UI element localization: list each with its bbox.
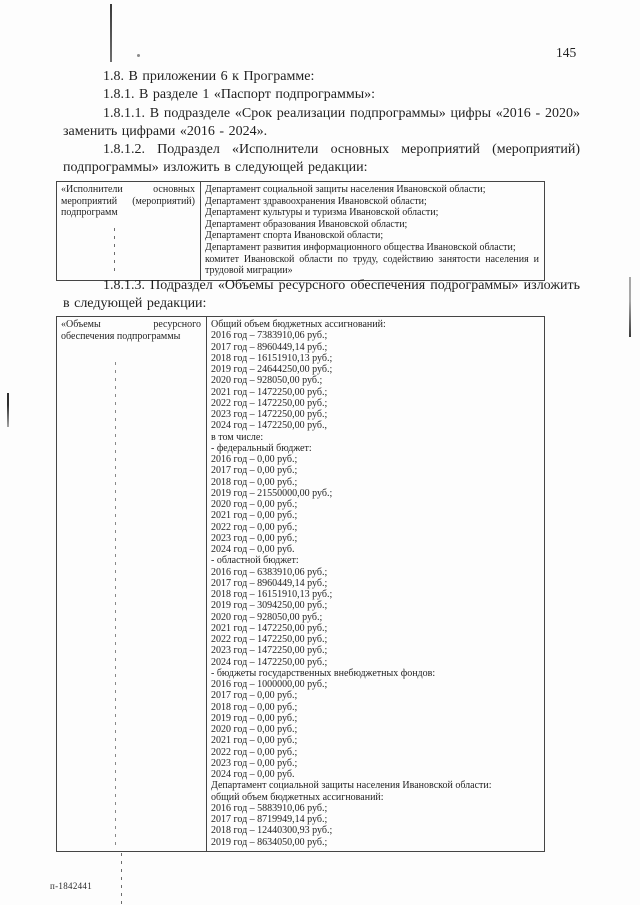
budget-line: 2019 год – 0,00 руб.; xyxy=(211,713,539,724)
resources-heading-block: 1.8.1.3. Подраздел «Объемы ресурсного об… xyxy=(63,277,580,314)
budget-line: 2022 год – 1472250,00 руб.; xyxy=(211,398,539,409)
paragraph-1-8-1: 1.8.1. В разделе 1 «Паспорт подпрограммы… xyxy=(63,86,580,104)
budget-line: 2023 год – 0,00 руб.; xyxy=(211,533,539,544)
executor-line: Департамент социальной защиты населения … xyxy=(205,184,539,196)
resources-table-header-cell: «Объемы ресурсного обеспечения подпрогра… xyxy=(57,317,207,852)
executor-line: Департамент культуры и туризма Ивановско… xyxy=(205,207,539,219)
budget-line: 2019 год – 8634050,00 руб.; xyxy=(211,837,539,848)
budget-line: 2020 год – 928050,00 руб.; xyxy=(211,612,539,623)
executors-line-list: Департамент социальной защиты населения … xyxy=(205,184,539,277)
budget-line: 2021 год – 1472250,00 руб.; xyxy=(211,623,539,634)
budget-line: 2016 год – 5883910,06 руб.; xyxy=(211,803,539,814)
budget-line: - областной бюджет: xyxy=(211,555,539,566)
budget-line: 2016 год – 1000000,00 руб.; xyxy=(211,679,539,690)
budget-line: 2020 год – 928050,00 руб.; xyxy=(211,375,539,386)
budget-line: 2024 год – 0,00 руб. xyxy=(211,544,539,555)
scan-ink-dot xyxy=(137,54,140,57)
executors-table: «Исполнители основных мероприятий (мероп… xyxy=(56,181,545,281)
budget-line: 2022 год – 1472250,00 руб.; xyxy=(211,634,539,645)
budget-line: 2020 год – 0,00 руб.; xyxy=(211,724,539,735)
document-page: 145 1.8. В приложении 6 к Программе: 1.8… xyxy=(0,0,640,905)
budget-line: - федеральный бюджет: xyxy=(211,443,539,454)
budget-line: 2024 год – 1472250,00 руб., xyxy=(211,420,539,431)
executor-line: Департамент развития информационного общ… xyxy=(205,242,539,254)
paragraph-1-8-1-2: 1.8.1.2. Подраздел «Исполнители основных… xyxy=(63,141,580,178)
scan-edge-mark-right xyxy=(629,277,631,337)
resources-table-content-cell: Общий объем бюджетных ассигнований:2016 … xyxy=(207,317,545,852)
paragraph-1-8-1-1: 1.8.1.1. В подразделе «Срок реализации п… xyxy=(63,105,580,142)
budget-line: 2018 год – 0,00 руб.; xyxy=(211,702,539,713)
budget-line: 2018 год – 16151910,13 руб.; xyxy=(211,589,539,600)
budget-line: 2022 год – 0,00 руб.; xyxy=(211,522,539,533)
executors-table-row: «Исполнители основных мероприятий (мероп… xyxy=(57,182,545,281)
budget-line: 2017 год – 0,00 руб.; xyxy=(211,465,539,476)
executor-line: Департамент здравоохранения Ивановской о… xyxy=(205,196,539,208)
budget-line: 2016 год – 6383910,06 руб.; xyxy=(211,567,539,578)
budget-line: - бюджеты государственных внебюджетных ф… xyxy=(211,668,539,679)
budget-line: Общий объем бюджетных ассигнований: xyxy=(211,319,539,330)
intro-text-block: 1.8. В приложении 6 к Программе: 1.8.1. … xyxy=(63,68,580,178)
budget-line: 2020 год – 0,00 руб.; xyxy=(211,499,539,510)
scan-fold-mark-top xyxy=(110,4,112,62)
budget-line: в том числе: xyxy=(211,432,539,443)
paragraph-1-8: 1.8. В приложении 6 к Программе: xyxy=(63,68,580,86)
executor-line: комитет Ивановской области по труду, сод… xyxy=(205,254,539,277)
budget-line: 2021 год – 0,00 руб.; xyxy=(211,510,539,521)
page-number: 145 xyxy=(556,45,576,61)
budget-line: 2018 год – 12440300,93 руб.; xyxy=(211,825,539,836)
budget-line: 2021 год – 1472250,00 руб.; xyxy=(211,387,539,398)
scan-fold-dots-lower xyxy=(121,853,122,905)
budget-line: 2019 год – 24644250,00 руб.; xyxy=(211,364,539,375)
budget-line: 2023 год – 0,00 руб.; xyxy=(211,758,539,769)
budget-line: 2017 год – 8719949,14 руб.; xyxy=(211,814,539,825)
budget-line: 2017 год – 8960449,14 руб.; xyxy=(211,578,539,589)
budget-line: 2024 год – 0,00 руб. xyxy=(211,769,539,780)
resources-table: «Объемы ресурсного обеспечения подпрогра… xyxy=(56,316,545,852)
budget-line: 2019 год – 21550000,00 руб.; xyxy=(211,488,539,499)
budget-line: 2023 год – 1472250,00 руб.; xyxy=(211,409,539,420)
budget-line: 2022 год – 0,00 руб.; xyxy=(211,747,539,758)
resources-line-list: Общий объем бюджетных ассигнований:2016 … xyxy=(211,319,539,848)
paragraph-1-8-1-3: 1.8.1.3. Подраздел «Объемы ресурсного об… xyxy=(63,277,580,314)
budget-line: 2021 год – 0,00 руб.; xyxy=(211,735,539,746)
budget-line: 2017 год – 8960449,14 руб.; xyxy=(211,342,539,353)
budget-line: 2017 год – 0,00 руб.; xyxy=(211,690,539,701)
budget-line: 2018 год – 16151910,13 руб.; xyxy=(211,353,539,364)
budget-line: 2024 год – 1472250,00 руб.; xyxy=(211,657,539,668)
document-footer-code: п-1842441 xyxy=(50,881,92,891)
budget-line: 2019 год – 3094250,00 руб.; xyxy=(211,600,539,611)
executor-line: Департамент спорта Ивановской области; xyxy=(205,230,539,242)
scan-edge-mark-left xyxy=(7,393,9,427)
executor-line: Департамент образования Ивановской облас… xyxy=(205,219,539,231)
budget-line: 2018 год – 0,00 руб.; xyxy=(211,477,539,488)
budget-line: 2023 год – 1472250,00 руб.; xyxy=(211,645,539,656)
resources-table-row: «Объемы ресурсного обеспечения подпрогра… xyxy=(57,317,545,852)
budget-line: 2016 год – 0,00 руб.; xyxy=(211,454,539,465)
executors-table-header-cell: «Исполнители основных мероприятий (мероп… xyxy=(57,182,201,281)
budget-line: Департамент социальной защиты населения … xyxy=(211,780,539,791)
budget-line: 2016 год – 7383910,06 руб.; xyxy=(211,330,539,341)
budget-line: общий объем бюджетных ассигнований: xyxy=(211,792,539,803)
executors-table-content-cell: Департамент социальной защиты населения … xyxy=(201,182,545,281)
